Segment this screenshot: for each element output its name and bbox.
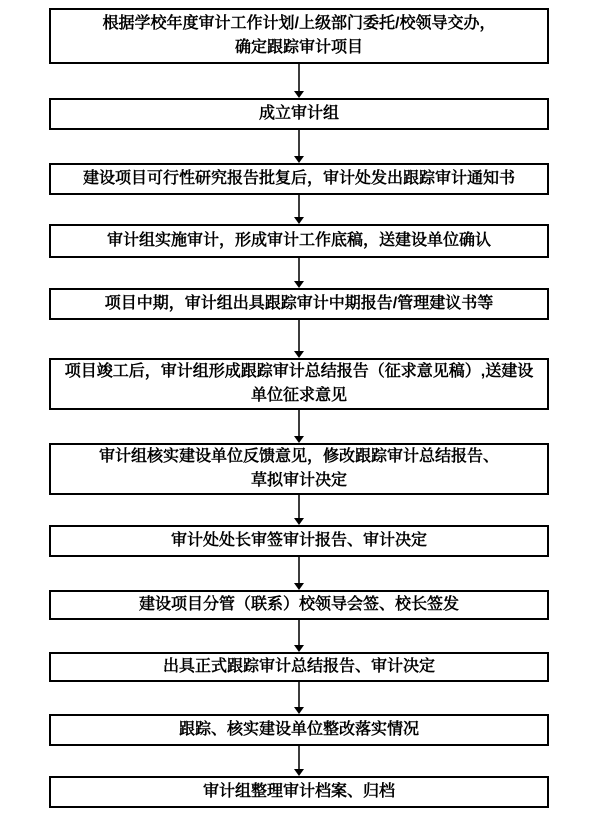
arrow-shaft — [298, 682, 300, 707]
down-arrow-2 — [49, 130, 549, 163]
flow-step-6-label: 项目竣工后，审计组形成跟踪审计总结报告（征求意见稿）,送建设 单位征求意见 — [65, 360, 533, 408]
arrow-shaft — [298, 195, 300, 217]
arrow-shaft — [298, 320, 300, 351]
flow-step-5: 项目中期，审计组出具跟踪审计中期报告/管理建议书等 — [49, 288, 549, 320]
down-arrow-5 — [49, 320, 549, 358]
flowchart: 根据学校年度审计工作计划/上级部门委托/校领导交办， 确定跟踪审计项目 成立审计… — [49, 0, 549, 808]
down-arrow-10 — [49, 682, 549, 714]
flow-step-1-label: 根据学校年度审计工作计划/上级部门委托/校领导交办， 确定跟踪审计项目 — [103, 12, 496, 60]
arrow-head-icon — [294, 645, 304, 652]
down-arrow-8 — [49, 557, 549, 590]
flow-step-12-label: 审计组整理审计档案、归档 — [203, 780, 395, 804]
arrow-head-icon — [294, 156, 304, 163]
arrow-shaft — [298, 746, 300, 769]
flow-step-4: 审计组实施审计，形成审计工作底稿，送建设单位确认 — [49, 224, 549, 258]
down-arrow-9 — [49, 620, 549, 652]
arrow-head-icon — [294, 583, 304, 590]
arrow-head-icon — [294, 518, 304, 525]
flow-step-10: 出具正式跟踪审计总结报告、审计决定 — [49, 652, 549, 682]
arrow-head-icon — [294, 707, 304, 714]
flow-step-2-label: 成立审计组 — [259, 102, 339, 126]
arrow-shaft — [298, 410, 300, 436]
flow-step-2: 成立审计组 — [49, 98, 549, 130]
flow-step-10-label: 出具正式跟踪审计总结报告、审计决定 — [163, 655, 435, 679]
down-arrow-6 — [49, 410, 549, 443]
flow-step-5-label: 项目中期，审计组出具跟踪审计中期报告/管理建议书等 — [105, 292, 493, 316]
arrow-shaft — [298, 130, 300, 156]
flow-step-7: 审计组核实建设单位反馈意见，修改跟踪审计总结报告、 草拟审计决定 — [49, 443, 549, 495]
arrow-head-icon — [294, 436, 304, 443]
flow-step-9-label: 建设项目分管（联系）校领导会签、校长签发 — [139, 593, 459, 617]
flow-step-8: 审计处处长审签审计报告、审计决定 — [49, 525, 549, 557]
flow-step-12: 审计组整理审计档案、归档 — [49, 776, 549, 808]
flow-step-11-label: 跟踪、核实建设单位整改落实情况 — [179, 718, 419, 742]
arrow-head-icon — [294, 91, 304, 98]
arrow-shaft — [298, 258, 300, 281]
arrow-head-icon — [294, 281, 304, 288]
arrow-head-icon — [294, 217, 304, 224]
down-arrow-7 — [49, 495, 549, 525]
arrow-head-icon — [294, 351, 304, 358]
arrow-shaft — [298, 495, 300, 518]
flow-step-3-label: 建设项目可行性研究报告批复后，审计处发出跟踪审计通知书 — [83, 167, 515, 191]
flow-step-11: 跟踪、核实建设单位整改落实情况 — [49, 714, 549, 746]
flow-step-1: 根据学校年度审计工作计划/上级部门委托/校领导交办， 确定跟踪审计项目 — [49, 8, 549, 64]
down-arrow-11 — [49, 746, 549, 776]
arrow-head-icon — [294, 769, 304, 776]
flow-step-6: 项目竣工后，审计组形成跟踪审计总结报告（征求意见稿）,送建设 单位征求意见 — [49, 358, 549, 410]
arrow-shaft — [298, 64, 300, 91]
flow-step-9: 建设项目分管（联系）校领导会签、校长签发 — [49, 590, 549, 620]
arrow-shaft — [298, 557, 300, 583]
down-arrow-1 — [49, 64, 549, 98]
down-arrow-3 — [49, 195, 549, 224]
flow-step-4-label: 审计组实施审计，形成审计工作底稿，送建设单位确认 — [107, 229, 491, 253]
flow-step-3: 建设项目可行性研究报告批复后，审计处发出跟踪审计通知书 — [49, 163, 549, 195]
flow-step-7-label: 审计组核实建设单位反馈意见，修改跟踪审计总结报告、 草拟审计决定 — [99, 445, 499, 493]
down-arrow-4 — [49, 258, 549, 288]
flow-step-8-label: 审计处处长审签审计报告、审计决定 — [171, 529, 427, 553]
arrow-shaft — [298, 620, 300, 645]
